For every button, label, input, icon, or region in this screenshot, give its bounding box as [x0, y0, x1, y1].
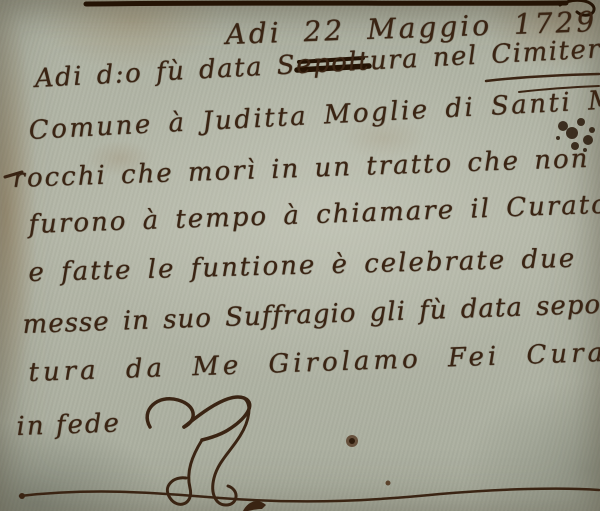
ink-spot-small: [386, 481, 391, 486]
manuscript-line-8: tura da Me Girolamo Fei Curato: [28, 337, 600, 388]
bottom-wavy-rule: [19, 489, 599, 502]
top-rule-stroke: [86, 3, 566, 4]
manuscript-page: Adi 22 Maggio 1729 Adi d:o fù data Sepol…: [0, 0, 600, 511]
manuscript-line-5: furono à tempo à chiamare il Curato: [28, 190, 600, 240]
manuscript-line-4: rocchi che morì in un tratto che non: [12, 144, 590, 194]
ink-spot-large: [346, 435, 358, 447]
manuscript-line-3: Comune à Juditta Moglie di Santi Ma: [28, 84, 600, 146]
bottom-edge-mark: [243, 501, 266, 511]
manuscript-line-9: in fede: [16, 408, 121, 442]
manuscript-line-6: e fatte le funtione è celebrate due: [28, 244, 577, 288]
cimitero-overline-1: [486, 74, 599, 81]
signature-flourish: [147, 397, 250, 505]
manuscript-line-7: messe in suo Suffragio gli fù data sepol: [22, 289, 600, 340]
